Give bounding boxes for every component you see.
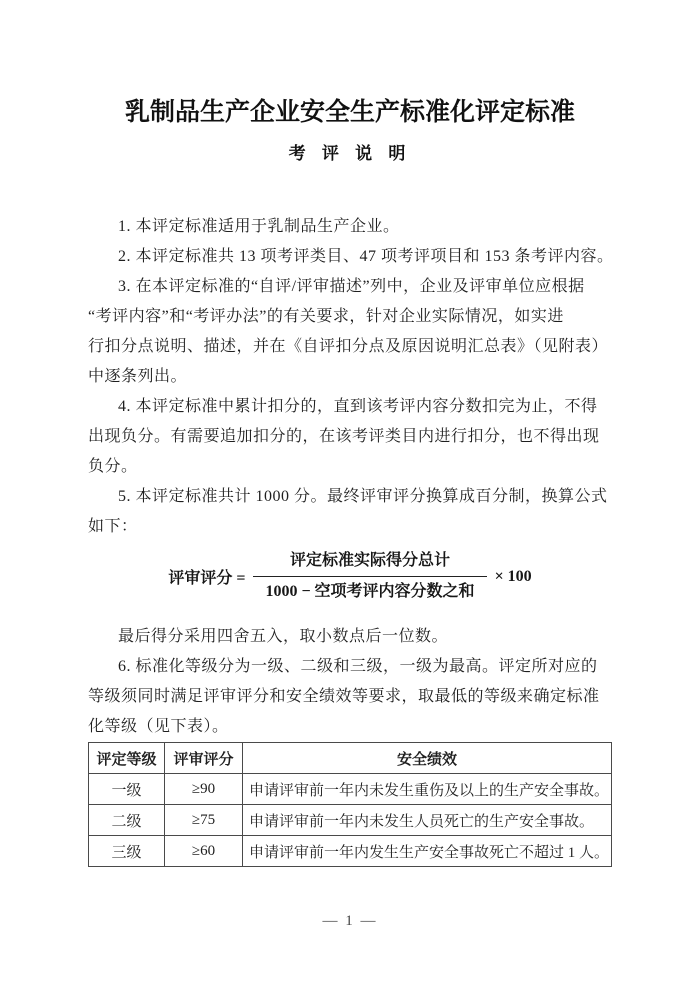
score-formula: 评审评分 = 评定标准实际得分总计 1000 − 空项考评内容分数之和 × 10… <box>88 550 612 603</box>
page-subtitle: 考 评 说 明 <box>0 142 700 166</box>
formula-lhs: 评审评分 = <box>168 565 245 588</box>
document-page: 乳制品生产企业安全生产标准化评定标准 考 评 说 明 1. 本评定标准适用于乳制… <box>0 0 700 990</box>
body-line: 中逐条列出。 <box>88 362 612 392</box>
grading-table-body: 一级≥90申请评审前一年内未发生重伤及以上的生产安全事故。二级≥75申请评审前一… <box>89 774 612 867</box>
table-row: 一级≥90申请评审前一年内未发生重伤及以上的生产安全事故。 <box>89 774 612 805</box>
body-line: 负分。 <box>88 452 612 482</box>
body-line: 化等级（见下表）。 <box>88 712 612 742</box>
formula-fraction: 评定标准实际得分总计 1000 − 空项考评内容分数之和 <box>253 550 486 603</box>
table-row: 二级≥75申请评审前一年内未发生人员死亡的生产安全事故。 <box>89 805 612 836</box>
body-line: 2. 本评定标准共 13 项考评类目、47 项考评项目和 153 条考评内容。 <box>88 242 612 272</box>
body-lines-after: 最后得分采用四舍五入，取小数点后一位数。6. 标准化等级分为一级、二级和三级，一… <box>88 622 612 742</box>
table-cell: 申请评审前一年内未发生人员死亡的生产安全事故。 <box>243 805 612 836</box>
body-line: 3. 在本评定标准的“自评/评审描述”列中，企业及评审单位应根据 <box>88 272 612 302</box>
table-cell: ≥60 <box>165 836 243 867</box>
table-cell: ≥90 <box>165 774 243 805</box>
formula-rhs: × 100 <box>495 568 532 586</box>
body-line: 等级须同时满足评审评分和安全绩效等要求，取最低的等级来确定标准 <box>88 682 612 712</box>
page-number: — 1 — <box>0 913 700 930</box>
body-line: 5. 本评定标准共计 1000 分。最终评审评分换算成百分制，换算公式 <box>88 482 612 512</box>
table-header-cell: 评定等级 <box>89 743 165 774</box>
body-line: 1. 本评定标准适用于乳制品生产企业。 <box>88 212 612 242</box>
grading-table: 评定等级评审评分安全绩效 一级≥90申请评审前一年内未发生重伤及以上的生产安全事… <box>88 742 612 867</box>
body-line: 最后得分采用四舍五入，取小数点后一位数。 <box>88 622 612 652</box>
table-cell: 申请评审前一年内未发生重伤及以上的生产安全事故。 <box>243 774 612 805</box>
formula-denominator: 1000 − 空项考评内容分数之和 <box>253 577 486 603</box>
body-line: “考评内容”和“考评办法”的有关要求，针对企业实际情况，如实进 <box>88 302 612 332</box>
grading-table-head: 评定等级评审评分安全绩效 <box>89 743 612 774</box>
page-title: 乳制品生产企业安全生产标准化评定标准 <box>0 96 700 130</box>
table-header-cell: 安全绩效 <box>243 743 612 774</box>
table-header-row: 评定等级评审评分安全绩效 <box>89 743 612 774</box>
table-row: 三级≥60申请评审前一年内发生生产安全事故死亡不超过 1 人。 <box>89 836 612 867</box>
body-line: 4. 本评定标准中累计扣分的，直到该考评内容分数扣完为止，不得 <box>88 392 612 422</box>
table-cell: 二级 <box>89 805 165 836</box>
table-cell: 申请评审前一年内发生生产安全事故死亡不超过 1 人。 <box>243 836 612 867</box>
body-text: 1. 本评定标准适用于乳制品生产企业。2. 本评定标准共 13 项考评类目、47… <box>88 212 612 867</box>
body-line: 出现负分。有需要追加扣分的，在该考评类目内进行扣分，也不得出现 <box>88 422 612 452</box>
table-cell: ≥75 <box>165 805 243 836</box>
body-line: 6. 标准化等级分为一级、二级和三级，一级为最高。评定所对应的 <box>88 652 612 682</box>
body-lines-before: 1. 本评定标准适用于乳制品生产企业。2. 本评定标准共 13 项考评类目、47… <box>88 212 612 542</box>
body-line: 如下： <box>88 512 612 542</box>
body-line: 行扣分点说明、描述，并在《自评扣分点及原因说明汇总表》（见附表） <box>88 332 612 362</box>
formula-numerator: 评定标准实际得分总计 <box>253 550 486 577</box>
table-header-cell: 评审评分 <box>165 743 243 774</box>
table-cell: 一级 <box>89 774 165 805</box>
table-cell: 三级 <box>89 836 165 867</box>
